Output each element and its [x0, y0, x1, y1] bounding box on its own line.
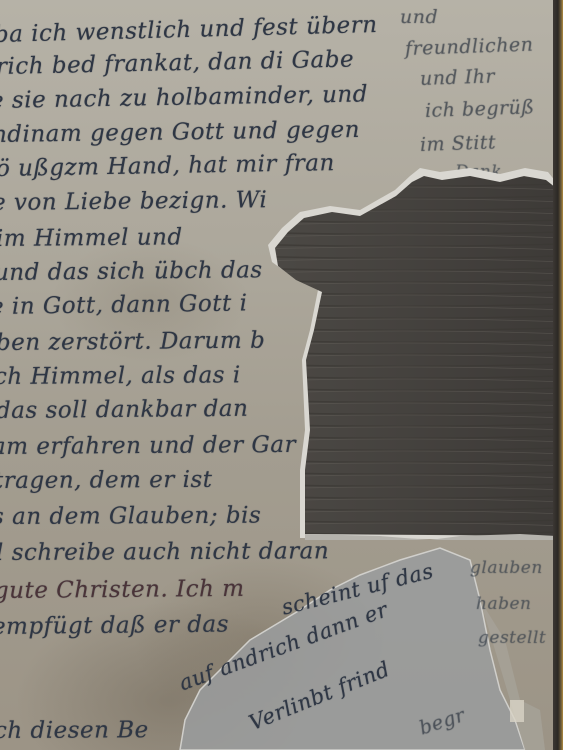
- faint-text-line: haben: [476, 594, 531, 614]
- frame-edge: [553, 0, 563, 750]
- fragment-text-line: Verlinbt frind: [246, 657, 394, 735]
- manuscript-photo: ba ich wenstlich und fest übern rich bed…: [0, 0, 563, 750]
- fragment-text-area: scheint uf das auf andrich dann er Verli…: [0, 0, 563, 750]
- fragment-text-line: begr: [417, 704, 468, 739]
- faint-text-line: glauben: [470, 558, 543, 578]
- faint-text-line: gestellt: [478, 628, 546, 648]
